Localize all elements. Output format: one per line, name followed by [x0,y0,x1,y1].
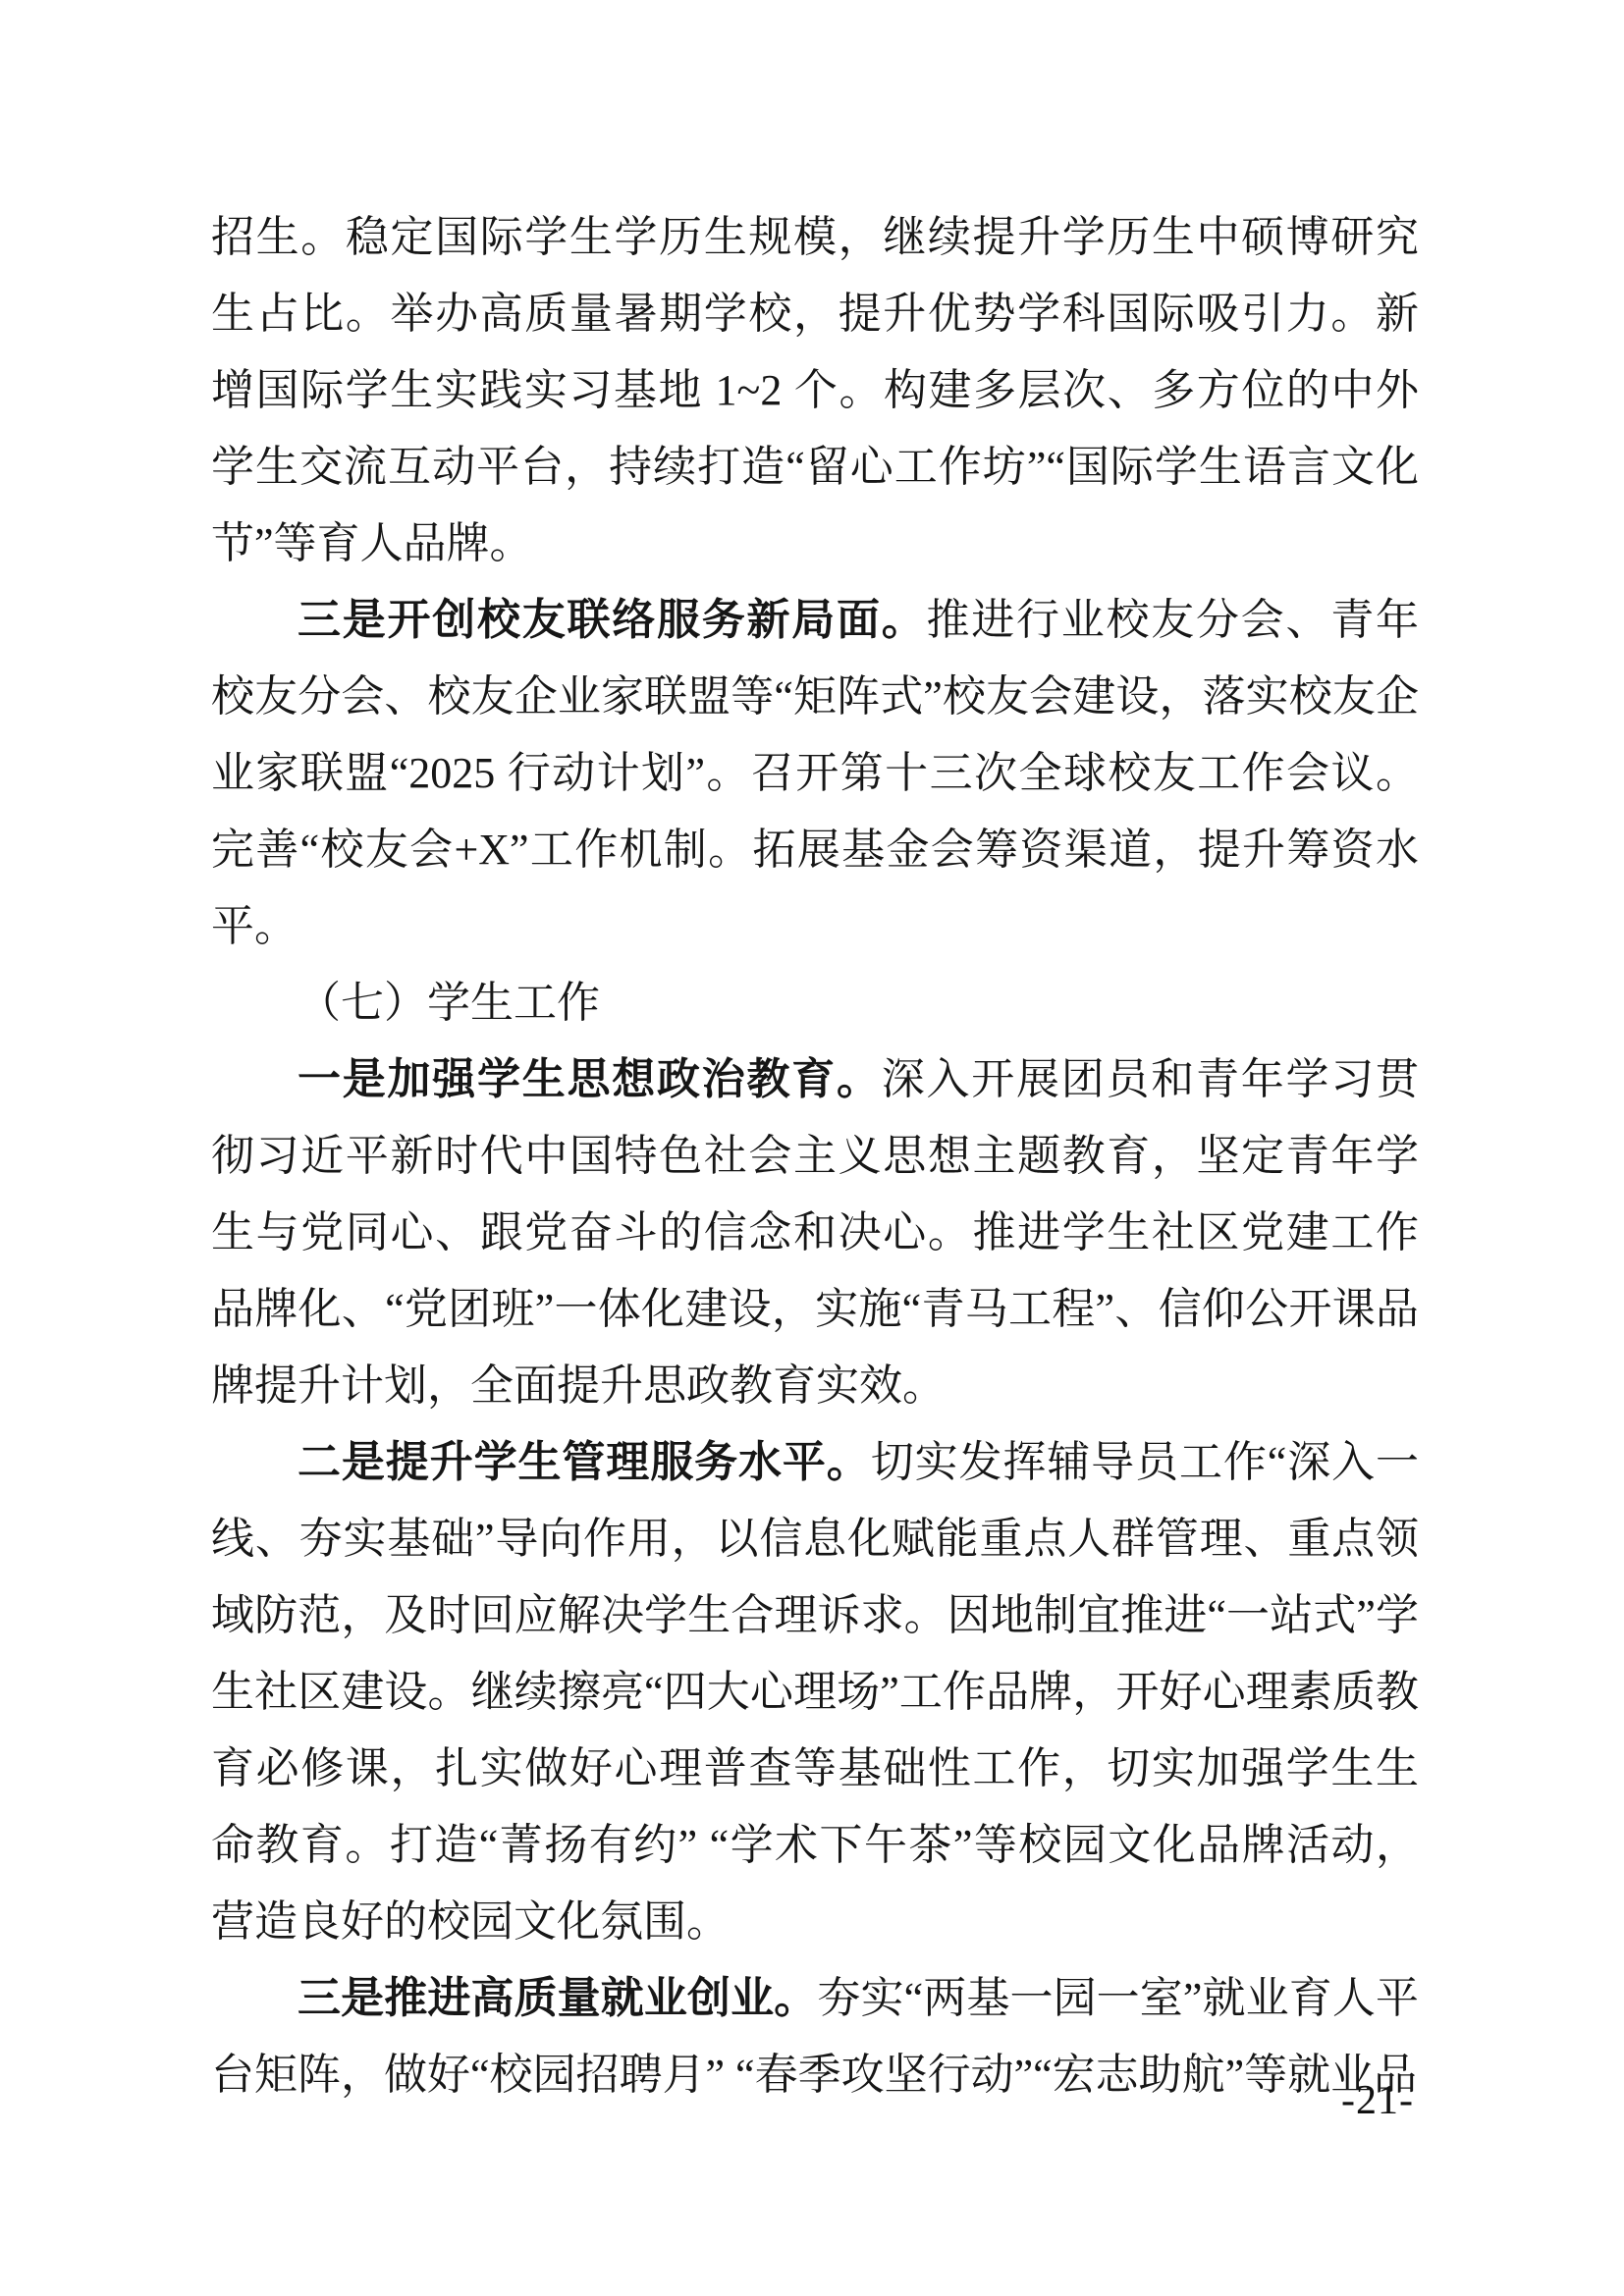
paragraph-lead: 三是推进高质量就业创业。 [298,1974,817,2022]
paragraph-employment: 三是推进高质量就业创业。夯实“两基一园一室”就业育人平台矩阵，做好“校园招聘月”… [211,1960,1419,2113]
paragraph-ideological-education: 一是加强学生思想政治教育。深入开展团员和青年学习贯彻习近平新时代中国特色社会主义… [211,1041,1419,1424]
document-body: 招生。稳定国际学生学历生规模，继续提升学历生中硕博研究生占比。举办高质量暑期学校… [211,199,1419,2113]
paragraph-text: 推进行业校友分会、青年校友分会、校友企业家联盟等“矩阵式”校友会建设，落实校友企… [211,596,1419,950]
paragraph-lead: 一是加强学生思想政治教育。 [298,1055,882,1103]
paragraph-lead: 二是提升学生管理服务水平。 [298,1438,871,1486]
paragraph-text: 切实发挥辅导员工作“深入一线、夯实基础”导向作用，以信息化赋能重点人群管理、重点… [211,1438,1419,1946]
document-page: 招生。稳定国际学生学历生规模，继续提升学历生中硕博研究生占比。举办高质量暑期学校… [0,0,1624,2296]
section-heading-student-work: （七）学生工作 [211,965,1419,1041]
paragraph-student-management: 二是提升学生管理服务水平。切实发挥辅导员工作“深入一线、夯实基础”导向作用，以信… [211,1424,1419,1960]
paragraph-text: 深入开展团员和青年学习贯彻习近平新时代中国特色社会主义思想主题教育，坚定青年学生… [211,1055,1419,1410]
paragraph-text: 招生。稳定国际学生学历生规模，继续提升学历生中硕博研究生占比。举办高质量暑期学校… [211,213,1419,567]
section-heading-text: （七）学生工作 [298,979,600,1027]
paragraph-alumni-network: 三是开创校友联络服务新局面。推进行业校友分会、青年校友分会、校友企业家联盟等“矩… [211,582,1419,965]
paragraph-continuation: 招生。稳定国际学生学历生规模，继续提升学历生中硕博研究生占比。举办高质量暑期学校… [211,199,1419,582]
page-number: -21- [1341,2077,1414,2124]
paragraph-lead: 三是开创校友联络服务新局面。 [298,596,927,644]
